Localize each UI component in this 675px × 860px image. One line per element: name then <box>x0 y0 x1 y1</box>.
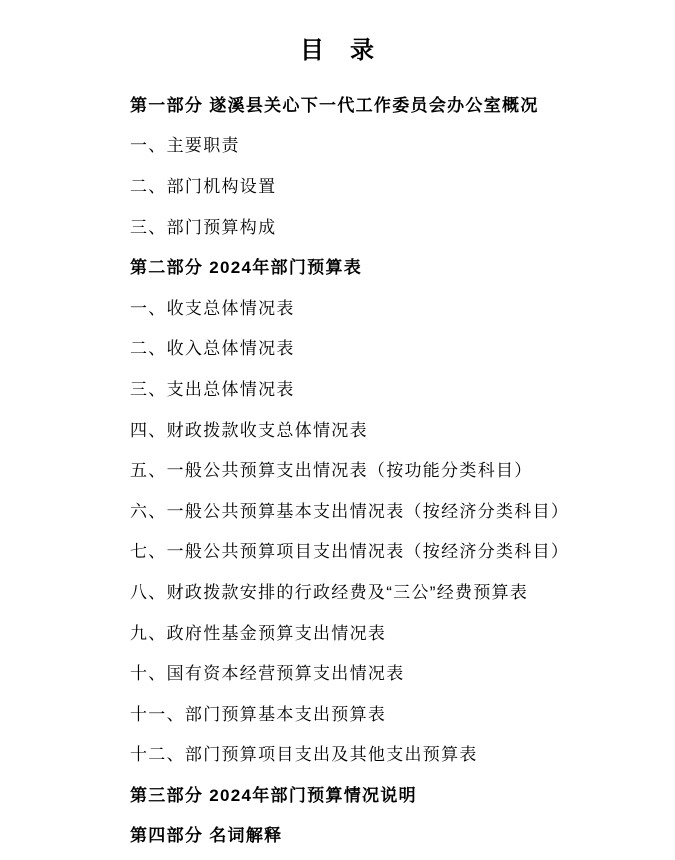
toc-section-heading: 第二部分 2024年部门预算表 <box>130 245 665 286</box>
toc-item: 三、部门预算构成 <box>130 205 665 246</box>
page-title: 目 录 <box>0 0 675 66</box>
toc-item: 五、一般公共预算支出情况表（按功能分类科目） <box>130 448 665 489</box>
toc-item: 三、支出总体情况表 <box>130 367 665 408</box>
toc-item: 二、收入总体情况表 <box>130 327 665 368</box>
toc-item: 四、财政拨款收支总体情况表 <box>130 408 665 449</box>
toc-item: 一、收支总体情况表 <box>130 286 665 327</box>
toc-item: 九、政府性基金预算支出情况表 <box>130 611 665 652</box>
toc-item: 八、财政拨款安排的行政经费及“三公”经费预算表 <box>130 570 665 611</box>
toc-item: 七、一般公共预算项目支出情况表（按经济分类科目） <box>130 530 665 571</box>
toc-section-heading: 第一部分 遂溪县关心下一代工作委员会办公室概况 <box>130 83 665 124</box>
toc-item: 十一、部门预算基本支出预算表 <box>130 692 665 733</box>
toc-item: 六、一般公共预算基本支出情况表（按经济分类科目） <box>130 489 665 530</box>
toc-item: 一、主要职责 <box>130 124 665 165</box>
toc-section-heading: 第三部分 2024年部门预算情况说明 <box>130 773 665 814</box>
toc-section-heading: 第四部分 名词解释 <box>130 814 665 855</box>
document-page: 目 录 第一部分 遂溪县关心下一代工作委员会办公室概况一、主要职责二、部门机构设… <box>0 0 675 860</box>
toc-item: 二、部门机构设置 <box>130 164 665 205</box>
toc-item: 十、国有资本经营预算支出情况表 <box>130 651 665 692</box>
toc-item: 十二、部门预算项目支出及其他支出预算表 <box>130 733 665 774</box>
toc-list: 第一部分 遂溪县关心下一代工作委员会办公室概况一、主要职责二、部门机构设置三、部… <box>0 83 675 854</box>
